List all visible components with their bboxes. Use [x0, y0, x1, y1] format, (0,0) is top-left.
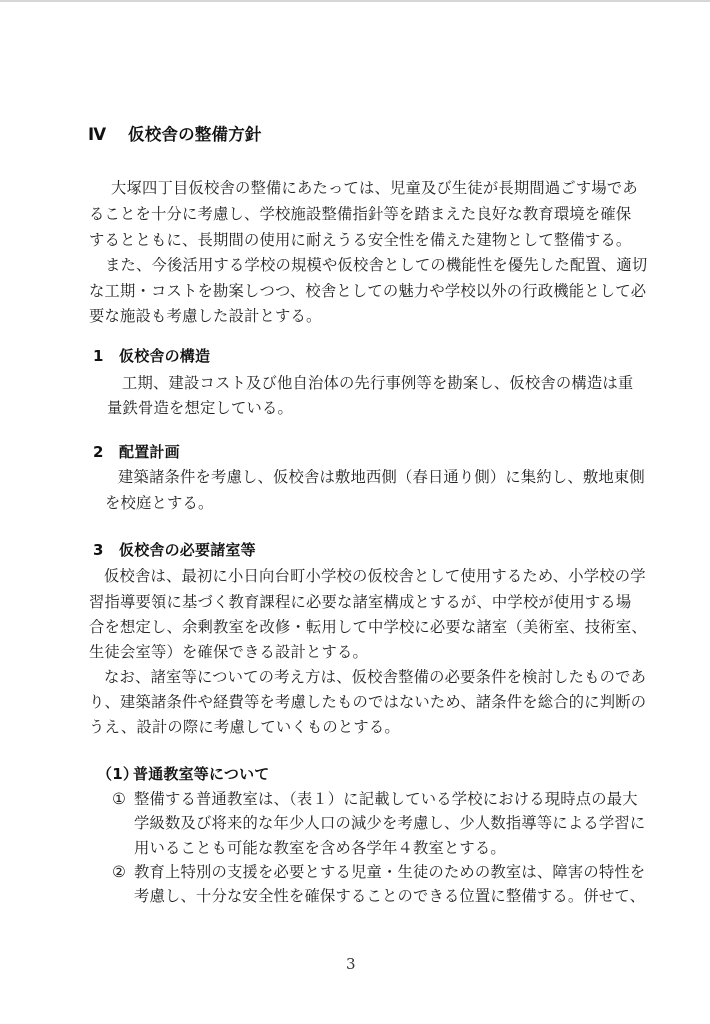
subsection-3-para1-line2: 習指導要領に基づく教育課程に必要な諸室構成とするが、中学校が使用する場 — [89, 592, 631, 612]
intro-para2-line3: 要な施設も考慮した設計とする。 — [89, 306, 321, 326]
sub-subsection-title: 普通教室等について — [133, 765, 270, 783]
subsection-3-para2-line2: り、建築諸条件や経費等を考慮したものではないため、諸条件を総合的に判断の — [89, 692, 646, 712]
intro-para1-line3: するとともに、長期間の使用に耐えうる安全性を備えた建物として整備する。 — [89, 230, 631, 250]
subsection-2-title: 配置計画 — [119, 443, 180, 461]
list-item-2-line1: 教育上特別の支援を必要とする児童・生徒のための教室は、障害の特性を — [134, 862, 645, 882]
subsection-3-para1-line4: 生徒会室等）を確保できる設計とする。 — [89, 642, 368, 662]
subsection-3-title: 仮校舎の必要諸室等 — [119, 541, 256, 559]
section-number: Ⅳ — [88, 125, 128, 145]
subsection-1-heading: 1仮校舎の構造 — [93, 346, 210, 366]
list-item-1-marker: ① — [112, 789, 126, 809]
subsection-2-line1: 建築諸条件を考慮し、仮校舎は敷地西側（春日通り側）に集約し、敷地東側 — [118, 467, 645, 487]
subsection-3-number: 3 — [93, 540, 119, 560]
intro-para2-line2: な工期・コストを勘案しつつ、校舎としての魅力や学校以外の行政機能として必 — [89, 281, 646, 301]
subsection-2-number: 2 — [93, 442, 119, 462]
subsection-3-para1-line1: 仮校舎は、最初に小日向台町小学校の仮校舎として使用するため、小学校の学 — [104, 566, 646, 586]
list-item-1-line2: 学級数及び将来的な年少人口の減少を考慮し、少人数指導等による学習に — [134, 813, 645, 833]
intro-para1-line2: ることを十分に考慮し、学校施設整備指針等を踏まえた良好な教育環境を確保 — [89, 204, 631, 224]
subsection-2-heading: 2配置計画 — [93, 442, 180, 462]
sub-subsection-heading: （1）普通教室等について — [97, 764, 270, 784]
subsection-3-para1-line3: 合を想定し、余剰教室を改修・転用して中学校に必要な諸室（美術室、技術室、 — [89, 617, 647, 637]
sub-subsection-number: （1） — [97, 764, 133, 784]
subsection-1-number: 1 — [93, 346, 119, 366]
page-number: 3 — [346, 955, 356, 973]
list-item-1-line1: 整備する普通教室は、（表１）に記載している学校における現時点の最大 — [134, 789, 638, 809]
intro-para1-line1: 大塚四丁目仮校舎の整備にあたっては、児童及び生徒が長期間過ごす場であ — [111, 178, 638, 198]
document-page: Ⅳ仮校舎の整備方針 大塚四丁目仮校舎の整備にあたっては、児童及び生徒が長期間過ご… — [0, 0, 710, 1024]
intro-para2-line1: また、今後活用する学校の規模や仮校舎としての機能性を優先した配置、適切 — [105, 255, 647, 275]
section-heading: Ⅳ仮校舎の整備方針 — [88, 125, 262, 145]
subsection-1-line1: 工期、建設コスト及び他自治体の先行事例等を勘案し、仮校舎の構造は重 — [122, 373, 633, 393]
subsection-3-heading: 3仮校舎の必要諸室等 — [93, 540, 256, 560]
subsection-2-line2: を校庭とする。 — [105, 493, 213, 513]
subsection-3-para2-line1: なお、諸室等についての考え方は、仮校舎整備の必要条件を検討したものであ — [104, 667, 646, 687]
subsection-1-title: 仮校舎の構造 — [119, 347, 210, 365]
list-item-2-marker: ② — [112, 862, 126, 882]
list-item-2-line2: 考慮し、十分な安全性を確保することのできる位置に整備する。併せて、 — [134, 886, 645, 906]
list-item-1-line3: 用いることも可能な教室を含め各学年４教室とする。 — [134, 838, 506, 858]
subsection-1-line2: 量鉄骨造を想定している。 — [107, 398, 293, 418]
subsection-3-para2-line3: うえ、設計の際に考慮していくものとする。 — [89, 717, 400, 737]
section-title: 仮校舎の整備方針 — [128, 125, 262, 144]
